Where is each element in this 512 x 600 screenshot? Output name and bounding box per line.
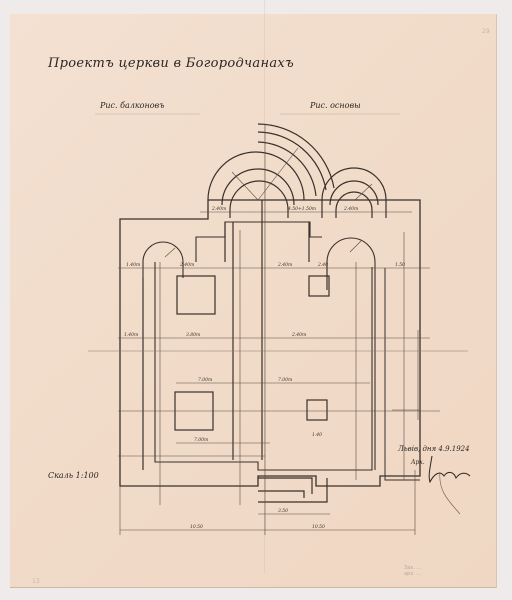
svg-text:3.50: 3.50 (278, 508, 288, 514)
svg-text:1.40: 1.40 (312, 432, 322, 438)
document-title: Проектъ церкви в Богородчанахъ (48, 56, 294, 71)
svg-text:1.40m: 1.40m (124, 332, 138, 338)
svg-text:1.40m: 1.40m (126, 262, 140, 268)
signature-scrawl (420, 452, 490, 522)
svg-text:2.40m: 2.40m (277, 262, 292, 268)
svg-text:10.50: 10.50 (190, 524, 203, 530)
svg-text:1.50: 1.50 (395, 262, 405, 268)
svg-text:7.00m: 7.00m (278, 377, 292, 383)
svg-text:2.40: 2.40 (317, 262, 328, 268)
svg-text:10.50: 10.50 (312, 524, 325, 530)
corner-mark-bottom-left: 13 (32, 578, 40, 585)
subtitle-balcony-plan: Рис. балконовъ (100, 101, 165, 110)
subtitle-foundation-plan: Рис. основы (310, 101, 361, 110)
svg-text:2.40m: 2.40m (343, 206, 358, 212)
svg-text:2.40m: 2.40m (179, 262, 194, 268)
svg-text:4.50+1.50m: 4.50+1.50m (287, 206, 316, 212)
scale-label: Скаль 1:100 (48, 471, 99, 480)
svg-text:7.00m: 7.00m (194, 437, 208, 443)
svg-text:2.40m: 2.40m (211, 206, 226, 212)
archive-stamp: Зах. ... арх. ... (404, 565, 421, 577)
svg-text:2.40m: 2.40m (291, 332, 306, 338)
archive-note-line-2: арх. ... (404, 571, 421, 577)
svg-text:3.80m: 3.80m (186, 332, 200, 338)
svg-text:7.00m: 7.00m (198, 377, 212, 383)
corner-mark-top-right: 29 (482, 28, 490, 35)
